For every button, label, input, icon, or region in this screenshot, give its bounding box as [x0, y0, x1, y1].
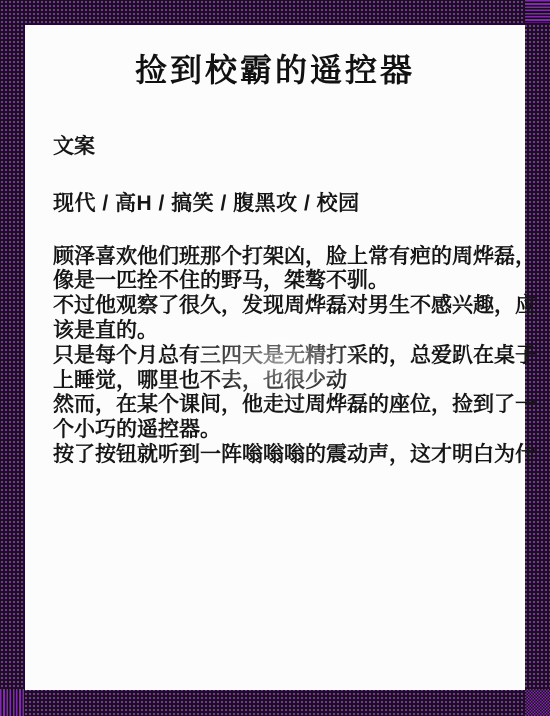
synopsis-line: 不过他观察了很久，发现周烨磊对男生不感兴趣，应 [53, 294, 497, 319]
synopsis-line: 该是直的。 [53, 319, 497, 344]
synopsis-line: 只是每个月总有三四天是无精打采的，总爱趴在桌子 [53, 344, 497, 369]
synopsis-text: 顾泽喜欢他们班那个打架凶，脸上常有疤的周烨磊，像是一匹拴不住的野马，桀骜不驯。不… [53, 245, 497, 468]
corner-horizontal-stripes-decoration [525, 0, 550, 23]
corner-vertical-stripes-decoration [0, 689, 25, 716]
page-canvas: 捡到校霸的遥控器 文案 现代 / 高H / 搞笑 / 腹黑攻 / 校园 顾泽喜欢… [0, 0, 550, 716]
synopsis-line: 个小巧的遥控器。 [53, 418, 497, 443]
section-label: 文案 [53, 130, 497, 160]
tags-line: 现代 / 高H / 搞笑 / 腹黑攻 / 校园 [53, 187, 497, 217]
synopsis-line: 然而，在某个课间，他走过周烨磊的座位，捡到了一 [53, 393, 497, 418]
content-card: 捡到校霸的遥控器 文案 现代 / 高H / 搞笑 / 腹黑攻 / 校园 顾泽喜欢… [25, 25, 525, 690]
synopsis-line: 像是一匹拴不住的野马，桀骜不驯。 [53, 269, 497, 294]
synopsis-line: 顾泽喜欢他们班那个打架凶，脸上常有疤的周烨磊， [53, 245, 497, 270]
synopsis-line: 按了按钮就听到一阵嗡嗡嗡的震动声，这才明白为什 [53, 443, 497, 468]
synopsis-line: 上睡觉，哪里也不去，也很少动 [53, 369, 497, 394]
page-title: 捡到校霸的遥控器 [53, 25, 497, 88]
corner-checker-decoration [525, 689, 550, 716]
